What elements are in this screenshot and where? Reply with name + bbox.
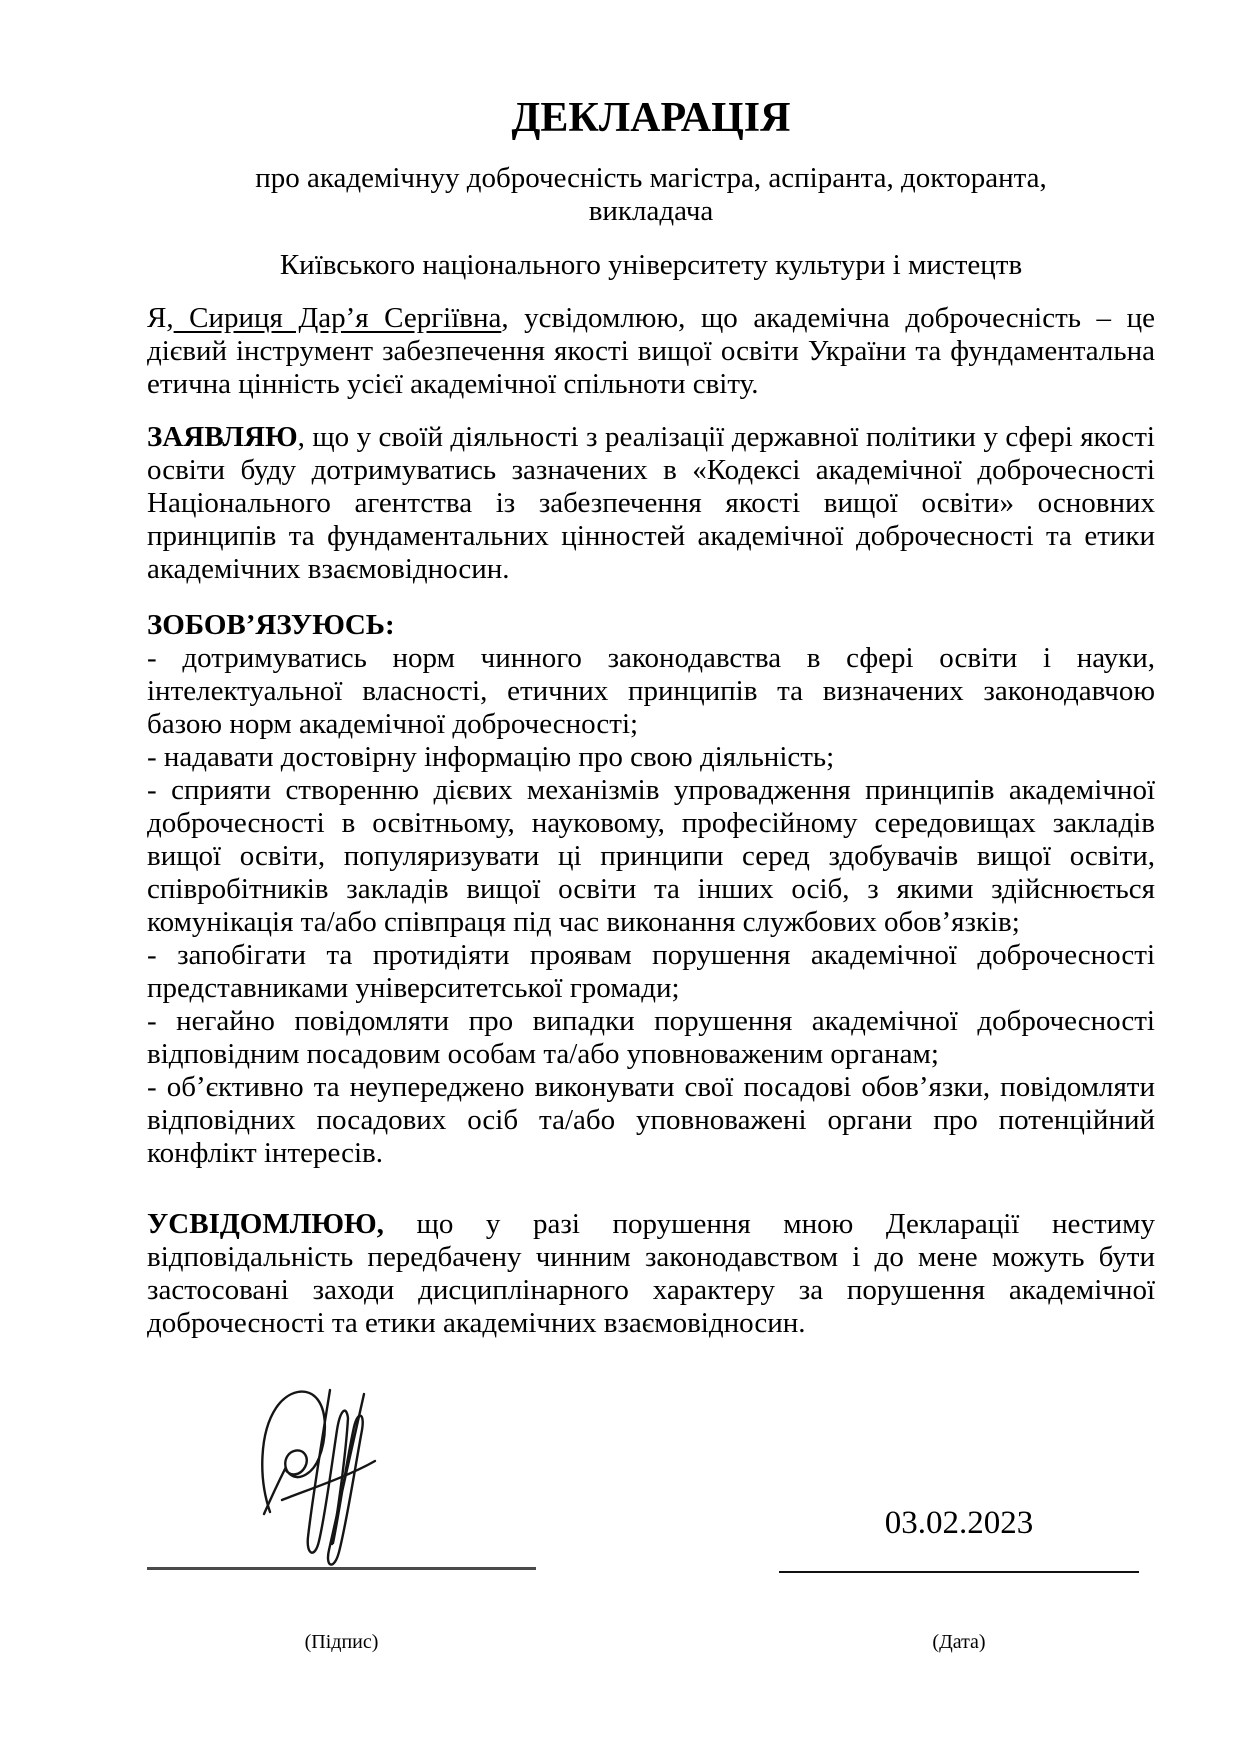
acknowledge-paragraph: УСВІДОМЛЮЮ, що у разі порушення мною Дек… [147, 1208, 1155, 1340]
subtitle-line-1: про академічнуу доброчесність магістра, … [255, 162, 1047, 194]
obligations-list: - дотримуватись норм чинного законодавст… [147, 642, 1155, 1170]
subtitle-line-2: викладача [589, 195, 714, 227]
obligations-heading: ЗОБОВ’ЯЗУЮСЬ: [147, 609, 1155, 642]
intro-prefix: Я, [147, 302, 174, 334]
obligation-item: - сприяти створенню дієвих механізмів уп… [147, 774, 1155, 939]
document-body: ДЕКЛАРАЦІЯ про академічнуу доброчесність… [147, 0, 1155, 1340]
declare-text: , що у своїй діяльності з реалізації дер… [147, 421, 1155, 585]
university-line: Київського національного університету ку… [147, 249, 1155, 282]
obligation-item: - дотримуватись норм чинного законодавст… [147, 642, 1155, 741]
date-value: 03.02.2023 [779, 1504, 1139, 1542]
obligation-item: - запобігати та протидіяти проявам поруш… [147, 939, 1155, 1005]
declare-lead: ЗАЯВЛЯЮ [147, 421, 298, 453]
declaration-page: ДЕКЛАРАЦІЯ про академічнуу доброчесність… [0, 0, 1241, 1754]
signature-line [147, 1567, 536, 1570]
date-line [779, 1571, 1139, 1573]
obligation-item: - негайно повідомляти про випадки поруше… [147, 1005, 1155, 1071]
acknowledge-lead: УСВІДОМЛЮЮ, [147, 1208, 384, 1240]
obligation-item: - надавати достовірну інформацію про сво… [147, 741, 1155, 774]
declare-paragraph: ЗАЯВЛЯЮ, що у своїй діяльності з реаліза… [147, 421, 1155, 586]
handwritten-signature-image [212, 1382, 432, 1582]
obligation-item: - об’єктивно та неупереджено виконувати … [147, 1071, 1155, 1170]
signature-caption: (Підпис) [147, 1630, 536, 1654]
declarant-name: Сириця Дар’я Сергіївна [174, 302, 502, 334]
intro-paragraph: Я, Сириця Дар’я Сергіївна, усвідомлюю, щ… [147, 302, 1155, 401]
document-subtitle: про академічнуу доброчесність магістра, … [147, 162, 1155, 228]
document-title: ДЕКЛАРАЦІЯ [147, 95, 1155, 141]
date-caption: (Дата) [779, 1630, 1139, 1654]
